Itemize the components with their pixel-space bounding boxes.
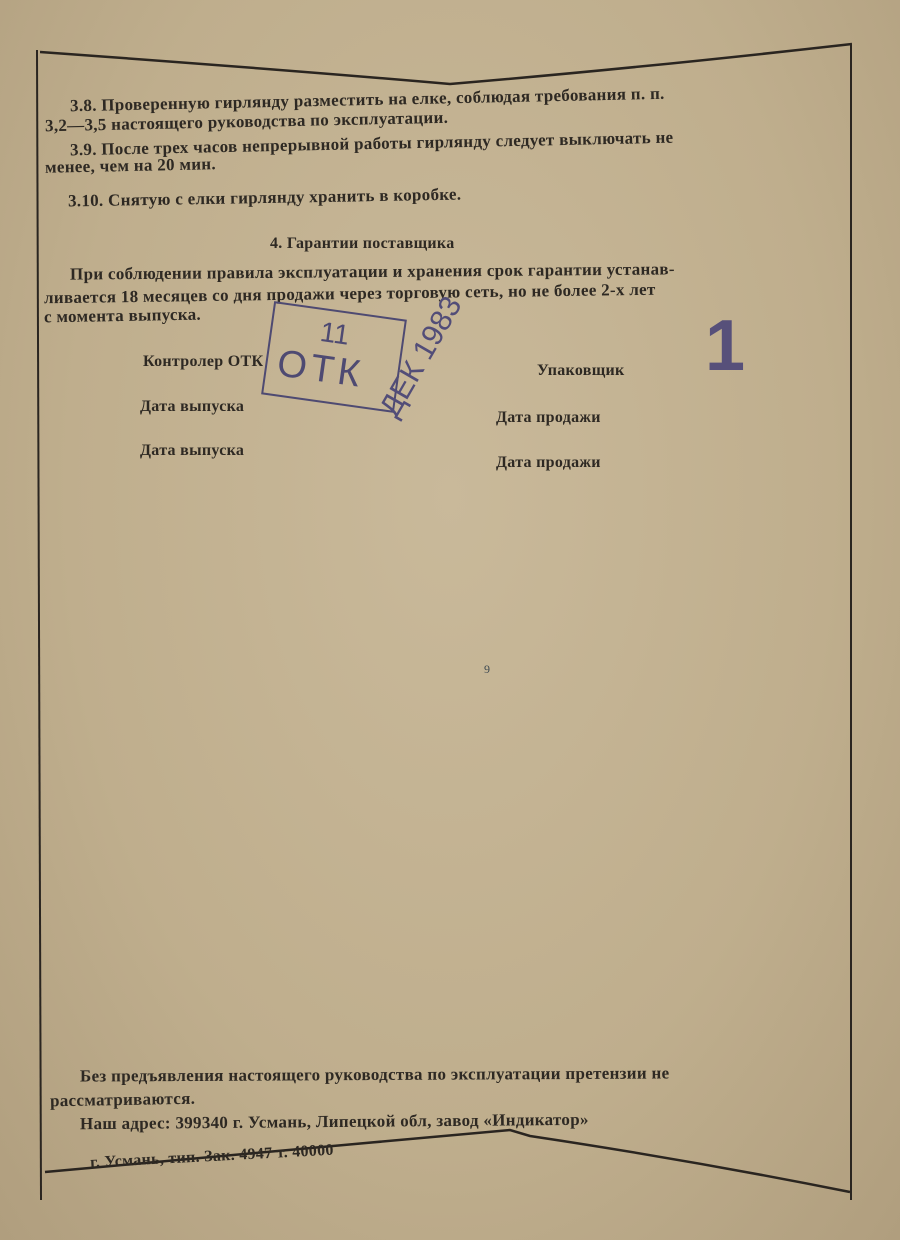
release-date-label-2: Дата выпуска — [140, 442, 244, 460]
otk-stamp-number: 11 — [318, 316, 351, 352]
packer-label: Упаковщик — [537, 362, 625, 380]
page-number: 9 — [484, 662, 490, 677]
release-date-label-1: Дата выпуска — [140, 398, 244, 416]
packer-stamp: 1 — [705, 305, 745, 387]
warranty-line3: с момента выпуска. — [44, 305, 201, 328]
sale-date-label-1: Дата продажи — [496, 409, 601, 427]
page-border-left — [36, 50, 42, 1200]
otk-stamp-label: ОТК — [275, 342, 367, 397]
footer-notice-line1: Без предъявления настоящего руководства … — [80, 1063, 670, 1086]
sale-date-label-2: Дата продажи — [496, 454, 601, 472]
clause-3-10: 3.10. Снятую с елки гирлянду хранить в к… — [68, 185, 462, 212]
section-4-heading: 4. Гарантии поставщика — [270, 235, 455, 253]
document-page: 3.8. Проверенную гирлянду разместить на … — [0, 0, 900, 1240]
controller-label: Контролер ОТК — [143, 353, 263, 371]
footer-notice-line2: рассматриваются. — [50, 1089, 196, 1112]
page-border-right — [850, 45, 852, 1200]
clause-3-9-line2: менее, чем на 20 мин. — [45, 154, 216, 178]
